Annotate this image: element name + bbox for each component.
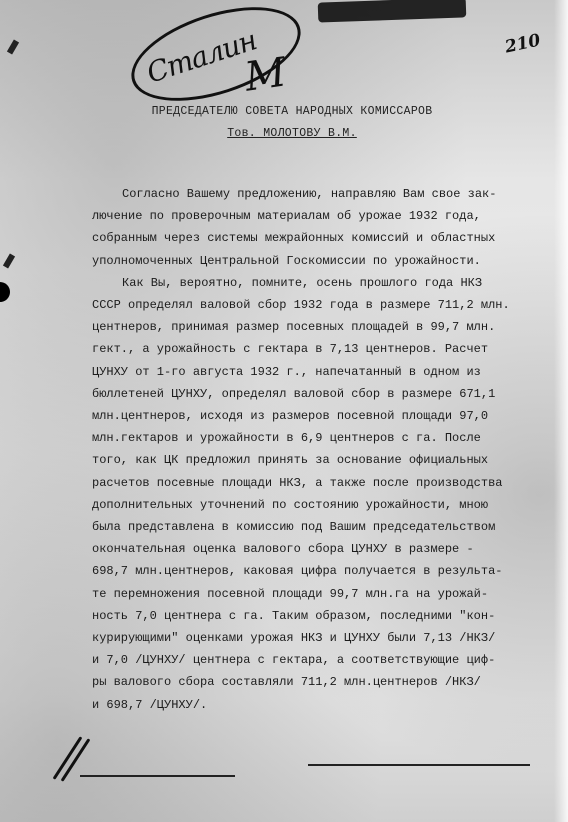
body-line: те перемножения посевной площади 99,7 мл… <box>92 583 562 605</box>
body-line: собранным через системы межрайонных коми… <box>92 227 562 249</box>
body-line: млн.центнеров, исходя из размеров посевн… <box>92 405 562 427</box>
body-line: и 7,0 /ЦУНХУ/ центнера с гектара, а соот… <box>92 649 562 671</box>
body-line: ЦУНХУ от 1-го августа 1932 г., напечатан… <box>92 361 562 383</box>
addressee-title: ПРЕДСЕДАТЕЛЮ СОВЕТА НАРОДНЫХ КОМИССАРОВ <box>8 105 568 118</box>
body-line: курирующими" оценками урожая НКЗ и ЦУНХУ… <box>92 627 562 649</box>
body-line: Как Вы, вероятно, помните, осень прошлог… <box>92 272 562 294</box>
body-line: гект., а урожайность с гектара в 7,13 це… <box>92 338 562 360</box>
document-page: Сталин М 210 ПРЕДСЕДАТЕЛЮ СОВЕТА НАРОДНЫ… <box>0 0 568 822</box>
addressee-name: Тов. МОЛОТОВУ В.М. <box>8 127 568 140</box>
body-line: 698,7 млн.центнеров, каковая цифра получ… <box>92 560 562 582</box>
body-line: ность 7,0 центнера с га. Таким образом, … <box>92 605 562 627</box>
body-line: уполномоченных Центральной Госкомиссии п… <box>92 250 562 272</box>
body-line: млн.гектаров и урожайности в 6,9 центнер… <box>92 427 562 449</box>
body-line: расчетов посевные площади НКЗ, а также п… <box>92 472 562 494</box>
letter-body: Согласно Вашему предложению, направляю В… <box>92 183 562 716</box>
handwritten-initial: М <box>242 49 289 100</box>
page-number: 210 <box>503 31 542 58</box>
body-line: окончательная оценка валового сбора ЦУНХ… <box>92 538 562 560</box>
binding-hole <box>0 282 10 302</box>
margin-mark <box>7 39 19 54</box>
body-line: и 698,7 /ЦУНХУ/. <box>92 694 562 716</box>
body-line: бюллетеней ЦУНХУ, определял валовой сбор… <box>92 383 562 405</box>
handwritten-underline <box>80 775 235 777</box>
body-line: ры валового сбора составляли 711,2 млн.ц… <box>92 671 562 693</box>
body-line: СССР определял валовой сбор 1932 года в … <box>92 294 562 316</box>
body-line: была представлена в комиссию под Вашим п… <box>92 516 562 538</box>
body-line: центнеров, принимая размер посевных площ… <box>92 316 562 338</box>
margin-mark <box>3 253 15 268</box>
struck-out-handwriting <box>318 0 467 23</box>
body-line: того, как ЦК предложил принять за основа… <box>92 449 562 471</box>
body-line: лючение по проверочным материалам об уро… <box>92 205 562 227</box>
body-line: дополнительных уточнений по состоянию ур… <box>92 494 562 516</box>
handwritten-underline <box>308 764 530 766</box>
body-line: Согласно Вашему предложению, направляю В… <box>92 183 562 205</box>
